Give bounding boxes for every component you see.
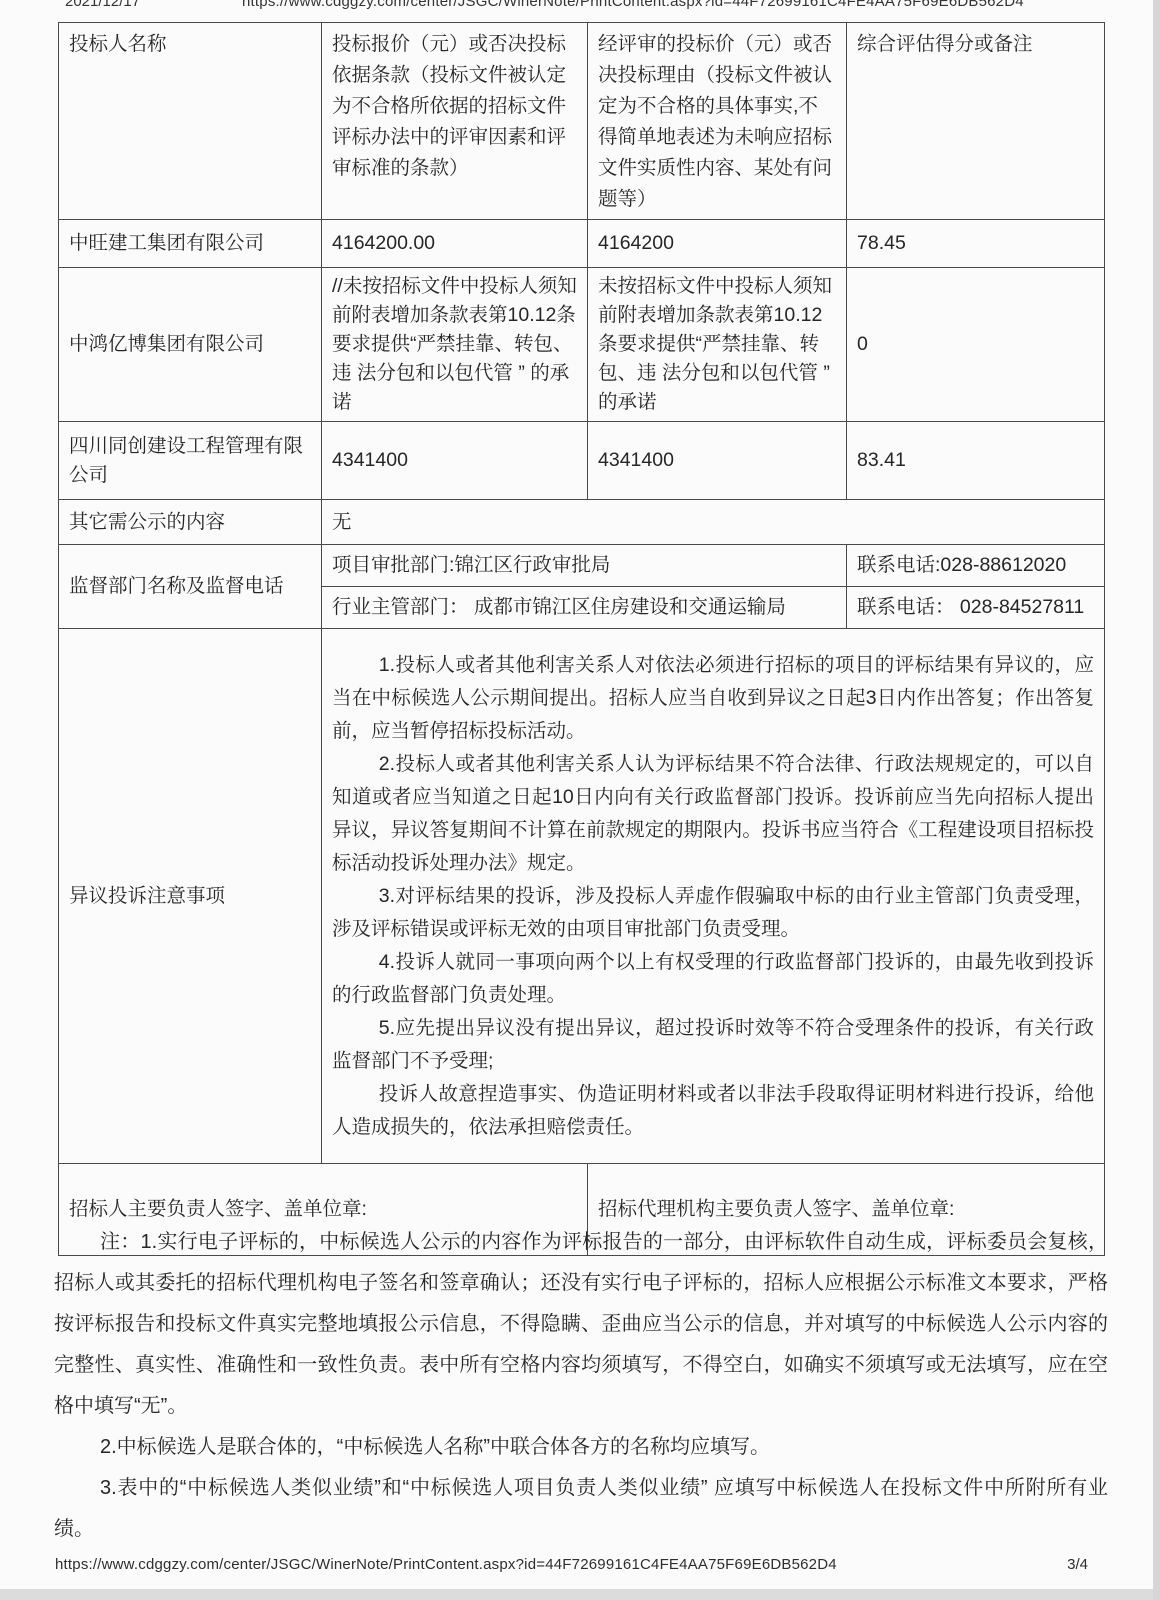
bidder-name-cell: 四川同创建设工程管理有限公司 (59, 422, 322, 500)
note-paragraph: 3.表中的“中标候选人类似业绩”和“中标候选人项目负责人类似业绩” 应填写中标候… (54, 1468, 1108, 1550)
column-header-bid-price: 投标报价（元）或否决投标依据条款（投标文件被认定为不合格所依据的招标文件评标办法… (322, 23, 588, 220)
column-header-bidder-name: 投标人名称 (59, 23, 322, 220)
other-content-label: 其它需公示的内容 (59, 500, 322, 545)
supervision-department: 项目审批部门:锦江区行政审批局 (322, 545, 847, 587)
table-header-row: 投标人名称 投标报价（元）或否决投标依据条款（投标文件被认定为不合格所依据的招标… (59, 23, 1105, 220)
bidder-name-cell: 中鸿亿博集团有限公司 (59, 268, 322, 422)
objection-label: 异议投诉注意事项 (59, 629, 322, 1164)
score-cell: 78.45 (847, 220, 1105, 268)
evaluated-price-cell: 4341400 (588, 422, 847, 500)
other-content-row: 其它需公示的内容 无 (59, 500, 1105, 545)
table-row: 中鸿亿博集团有限公司 //未按招标文件中投标人须知前附表增加条款表第10.12条… (59, 268, 1105, 422)
evaluated-price-cell: 未按招标文件中投标人须知前附表增加条款表第10.12条要求提供“严禁挂靠、转包、… (588, 268, 847, 422)
supervision-label: 监督部门名称及监督电话 (59, 545, 322, 629)
bid-price-cell: //未按招标文件中投标人须知前附表增加条款表第10.12条要求提供“严禁挂靠、转… (322, 268, 588, 422)
objection-row: 异议投诉注意事项 1.投标人或者其他利害关系人对依法必须进行招标的项目的评标结果… (59, 629, 1105, 1164)
column-header-evaluated-price: 经评审的投标价（元）或否决投标理由（投标文件被认定为不合格的具体事实,不得简单地… (588, 23, 847, 220)
notes-section: 注：1.实行电子评标的，中标候选人公示的内容作为评标报告的一部分，由评标软件自动… (54, 1222, 1108, 1550)
supervision-department: 行业主管部门： 成都市锦江区住房建设和交通运输局 (322, 587, 847, 629)
bid-price-cell: 4164200.00 (322, 220, 588, 268)
table-row: 中旺建工集团有限公司 4164200.00 4164200 78.45 (59, 220, 1105, 268)
objection-paragraph: 投诉人故意捏造事实、伪造证明材料或者以非法手段取得证明材料进行投诉，给他人造成损… (332, 1078, 1094, 1144)
bid-candidates-table: 投标人名称 投标报价（元）或否决投标依据条款（投标文件被认定为不合格所依据的招标… (58, 22, 1105, 1256)
other-content-value: 无 (322, 500, 1105, 545)
print-date: 2021/12/17 (65, 0, 140, 10)
score-cell: 0 (847, 268, 1105, 422)
score-cell: 83.41 (847, 422, 1105, 500)
evaluated-price-cell: 4164200 (588, 220, 847, 268)
objection-paragraph: 5.应先提出异议没有提出异议，超过投诉时效等不符合受理条件的投诉，有关行政监督部… (332, 1012, 1094, 1078)
supervision-phone: 联系电话： 028-84527811 (847, 587, 1105, 629)
objection-paragraph: 4.投诉人就同一事项向两个以上有权受理的行政监督部门投诉的，由最先收到投诉的行政… (332, 946, 1094, 1012)
bid-price-cell: 4341400 (322, 422, 588, 500)
column-header-score: 综合评估得分或备注 (847, 23, 1105, 220)
page-bottom-edge (0, 1589, 1160, 1600)
table-row: 四川同创建设工程管理有限公司 4341400 4341400 83.41 (59, 422, 1105, 500)
objection-paragraph: 2.投标人或者其他利害关系人认为评标结果不符合法律、行政法规规定的，可以自知道或… (332, 748, 1094, 880)
print-footer-url: https://www.cdggzy.com/center/JSGC/Winer… (55, 1556, 837, 1573)
scrollbar[interactable] (1153, 0, 1160, 1600)
note-paragraph: 2.中标候选人是联合体的，“中标候选人名称”中联合体各方的名称均应填写。 (54, 1427, 1108, 1468)
bidder-name-cell: 中旺建工集团有限公司 (59, 220, 322, 268)
objection-paragraph: 3.对评标结果的投诉，涉及投标人弄虚作假骗取中标的由行业主管部门负责受理，涉及评… (332, 880, 1094, 946)
supervision-phone: 联系电话:028-88612020 (847, 545, 1105, 587)
print-header-url: https://www.cdggzy.com/center/JSGC/Winer… (242, 0, 1024, 10)
objection-paragraph: 1.投标人或者其他利害关系人对依法必须进行招标的项目的评标结果有异议的，应当在中… (332, 649, 1094, 748)
supervision-row: 监督部门名称及监督电话 项目审批部门:锦江区行政审批局 联系电话:028-886… (59, 545, 1105, 587)
note-paragraph: 注：1.实行电子评标的，中标候选人公示的内容作为评标报告的一部分，由评标软件自动… (54, 1222, 1108, 1427)
page-number: 3/4 (1067, 1556, 1088, 1573)
objection-text: 1.投标人或者其他利害关系人对依法必须进行招标的项目的评标结果有异议的，应当在中… (322, 629, 1105, 1164)
